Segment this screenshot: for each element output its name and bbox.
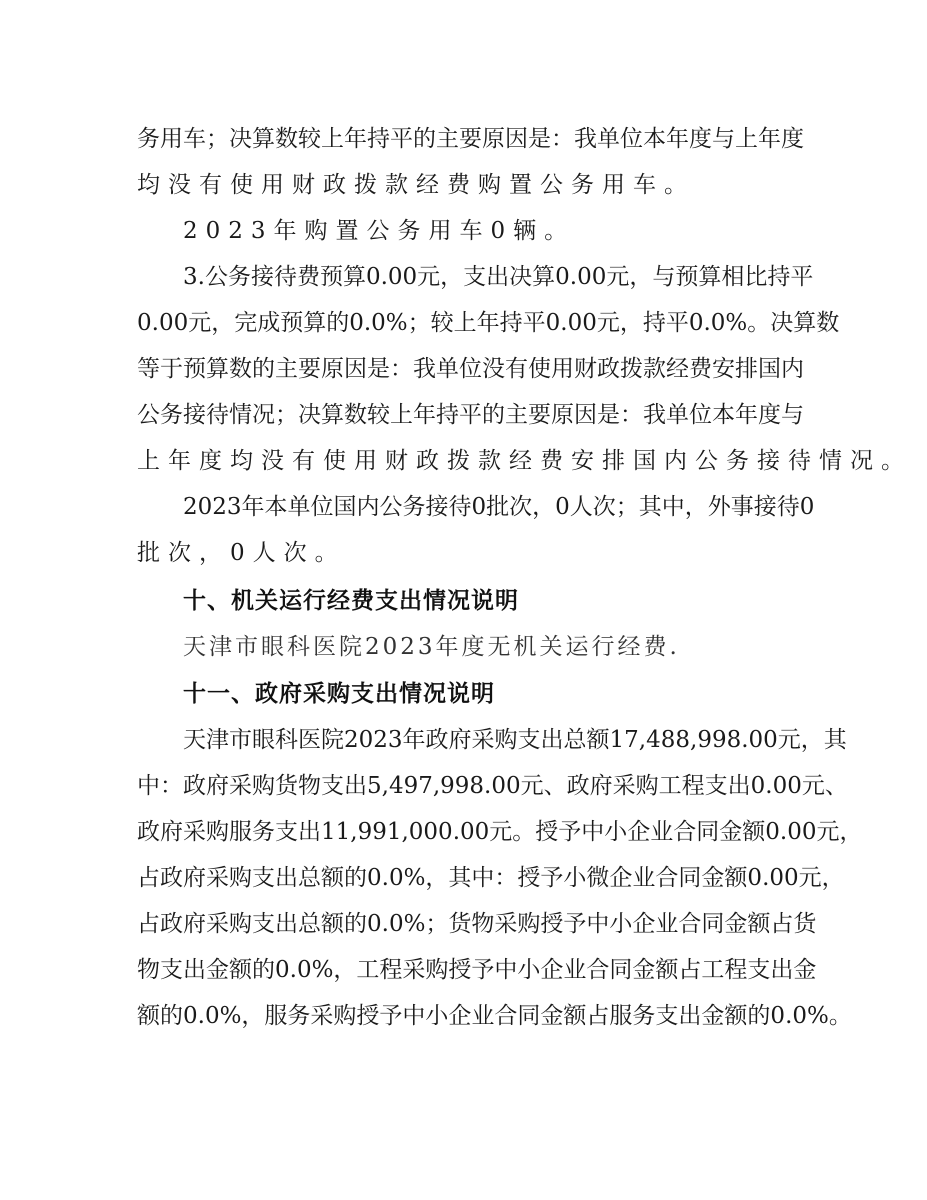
paragraph-procurement-goods-sme: 占政府采购支出总额的0.0%；货物采购授予中小企业合同金额占货	[137, 907, 791, 941]
paragraph-procurement-sme-share: 占政府采购支出总额的0.0%，其中：授予小微企业合同金额0.00元，	[137, 861, 791, 895]
paragraph-reception-budget: 3.公务接待费预算0.00元，支出决算0.00元，与预算相比持平	[183, 260, 791, 294]
paragraph-operating-expenses: 天津市眼科医院2023年度无机关运行经费.	[183, 630, 791, 664]
paragraph-reception-reason-end: 上年度均没有使用财政拨款经费安排国内公务接待情况。	[137, 444, 791, 478]
paragraph-reception-reason-cont: 公务接待情况；决算数较上年持平的主要原因是：我单位本年度与	[137, 398, 791, 432]
paragraph-procurement-total: 天津市眼科医院2023年政府采购支出总额17,488,998.00元，其	[183, 723, 791, 757]
section-heading-government-procurement: 十一、政府采购支出情况说明	[183, 677, 791, 711]
paragraph-procurement-services: 政府采购服务支出11,991,000.00元。授予中小企业合同金额0.00元，	[137, 815, 791, 849]
paragraph-reception-completion: 0.00元，完成预算的0.0%；较上年持平0.00元，持平0.0%。决算数	[137, 306, 791, 340]
paragraph-reception-count-end: 批次，0人次。	[137, 536, 791, 570]
section-heading-operating-expenses: 十、机关运行经费支出情况说明	[183, 584, 791, 618]
paragraph-procurement-services-sme: 额的0.0%，服务采购授予中小企业合同金额占服务支出金额的0.0%。	[137, 999, 791, 1033]
paragraph-reception-reason: 等于预算数的主要原因是：我单位没有使用财政拨款经费安排国内	[137, 352, 791, 386]
document-page: 务用车；决算数较上年持平的主要原因是：我单位本年度与上年度 均没有使用财政拨款经…	[0, 0, 927, 1200]
paragraph-line-vehicle-reason-end: 均没有使用财政拨款经费购置公务用车。	[137, 168, 791, 202]
paragraph-vehicle-purchase-count: 2023年购置公务用车0辆。	[183, 214, 791, 248]
paragraph-procurement-engineering-sme: 物支出金额的0.0%，工程采购授予中小企业合同金额占工程支出金	[137, 953, 791, 987]
paragraph-reception-count: 2023年本单位国内公务接待0批次，0人次；其中，外事接待0	[183, 490, 791, 524]
paragraph-line-vehicle-reason: 务用车；决算数较上年持平的主要原因是：我单位本年度与上年度	[137, 122, 791, 156]
paragraph-procurement-breakdown: 中：政府采购货物支出5,497,998.00元、政府采购工程支出0.00元、	[137, 769, 791, 803]
